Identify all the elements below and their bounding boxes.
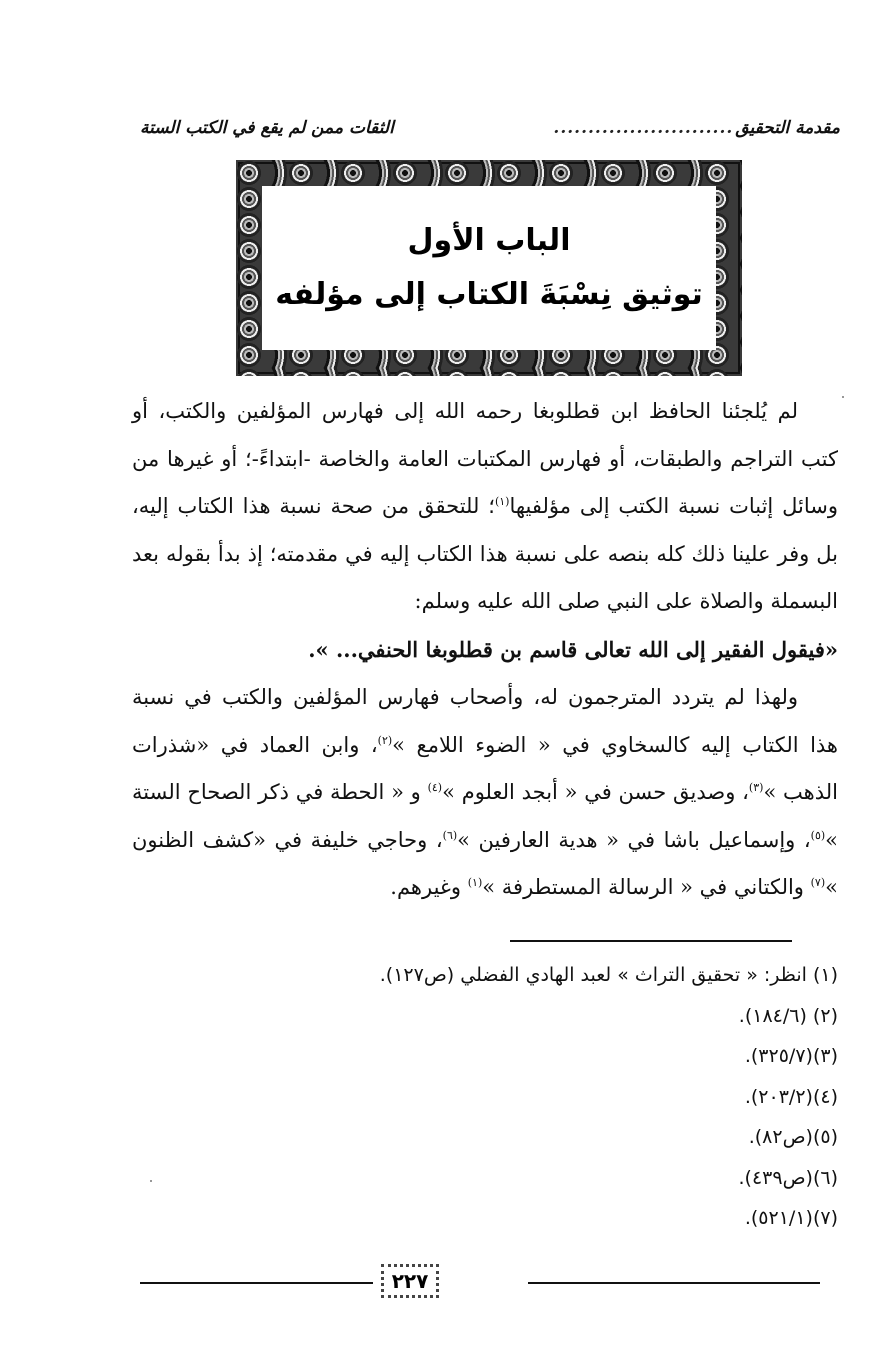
footnote-separator [510, 940, 792, 942]
footnote-ref-8[interactable]: (١) [468, 876, 483, 889]
chapter-label: الباب الأول [408, 219, 571, 263]
paragraph-2-text-h: وغيرهم. [390, 875, 467, 899]
footer-rule-left [140, 1282, 373, 1284]
footnote-5: (٥)(ص٨٢). [300, 1117, 838, 1158]
footnote-ref-1[interactable]: (١) [495, 495, 510, 508]
footnote-ref-3[interactable]: (٣) [749, 781, 764, 794]
footnote-3: (٣)(٣٢٥/٧). [300, 1036, 838, 1077]
footer-rule-right [528, 1282, 820, 1284]
footnote-ref-6[interactable]: (٦) [443, 829, 458, 842]
paragraph-1: لم يُلجئنا الحافظ ابن قطلوبغا رحمه الله … [132, 388, 838, 674]
author-quote: «فيقول الفقير إلى الله تعالى قاسم بن قطل… [308, 637, 838, 662]
page-number: ٢٢٧ [381, 1264, 439, 1298]
running-header: مقدمة التحقيق ..........................… [140, 112, 840, 144]
scan-speck [150, 1180, 152, 1182]
footnote-4: (٤)(٢٠٣/٢). [300, 1077, 838, 1118]
ornamental-title-frame: الباب الأول توثيق نِسْبَةَ الكتاب إلى مؤ… [236, 160, 742, 376]
paragraph-2: ولهذا لم يتردد المترجمون له، وأصحاب فهار… [132, 674, 838, 912]
paragraph-2-text-g: والكتاني في « الرسالة المستطرفة » [482, 875, 810, 899]
footnote-ref-4[interactable]: (٤) [428, 781, 443, 794]
paragraph-2-text-c: ، وصديق حسن في « أبجد العلوم » [442, 780, 749, 804]
title-frame-content: الباب الأول توثيق نِسْبَةَ الكتاب إلى مؤ… [262, 186, 716, 350]
footnote-ref-5[interactable]: (٥) [811, 829, 826, 842]
footnotes: (١) انظر: « تحقيق التراث » لعبد الهادي ا… [300, 955, 838, 1239]
footnote-2: (٢) (١٨٤/٦). [300, 996, 838, 1037]
paragraph-2-text-e: ، وإسماعيل باشا في « هدية العارفين » [457, 828, 810, 852]
footnote-6: (٦)(ص٤٣٩). [300, 1158, 838, 1199]
header-section-title: مقدمة التحقيق [735, 118, 840, 138]
footnote-ref-7[interactable]: (٧) [811, 876, 826, 889]
scan-speck [842, 396, 844, 398]
footnote-1: (١) انظر: « تحقيق التراث » لعبد الهادي ا… [300, 955, 838, 996]
footnote-7: (٧)(٥٢١/١). [300, 1198, 838, 1239]
header-leader-dots: .......................... [394, 118, 736, 138]
chapter-title: توثيق نِسْبَةَ الكتاب إلى مؤلفه [275, 273, 703, 317]
footnote-ref-2[interactable]: (٢) [378, 734, 393, 747]
book-page: مقدمة التحقيق ..........................… [0, 0, 885, 1372]
header-book-title: الثقات ممن لم يقع في الكتب الستة [140, 118, 394, 138]
body-text: لم يُلجئنا الحافظ ابن قطلوبغا رحمه الله … [132, 388, 838, 912]
page-footer: ٢٢٧ [140, 1262, 820, 1302]
